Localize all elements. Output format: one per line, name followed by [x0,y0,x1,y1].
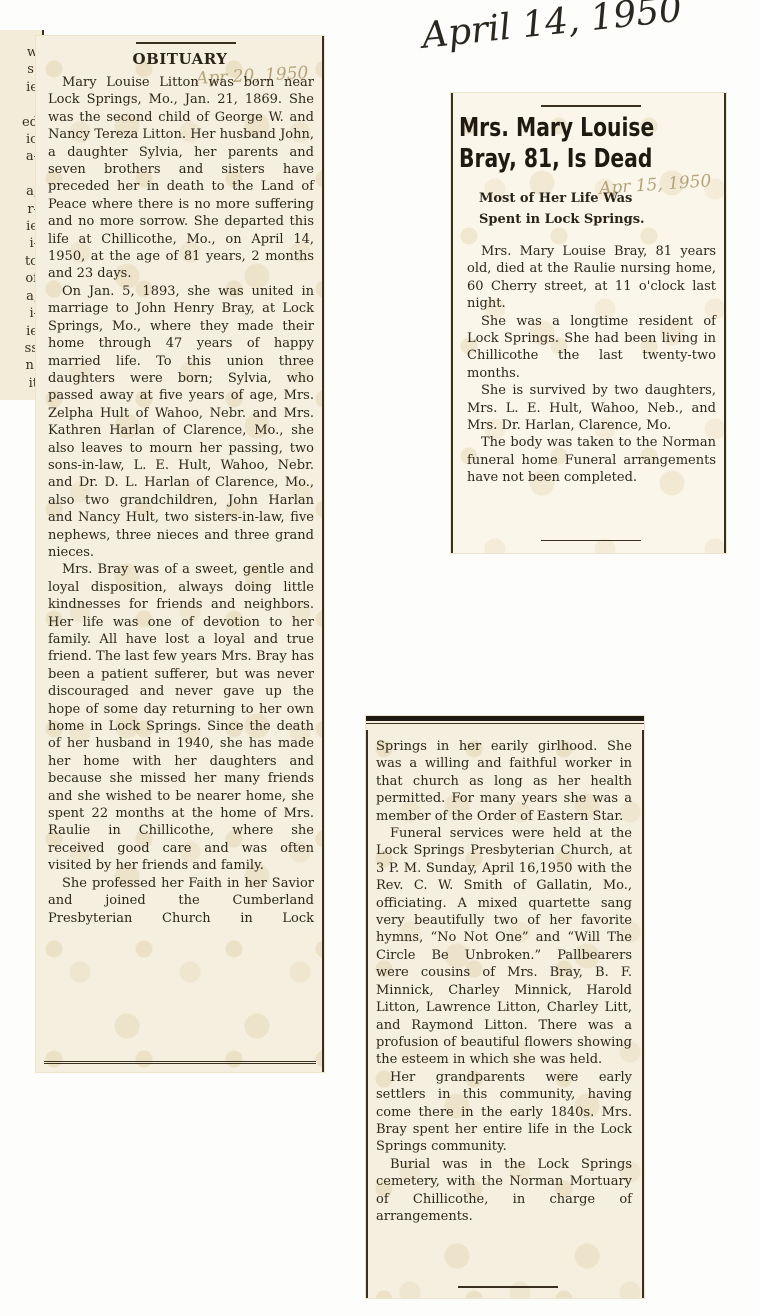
paragraph: Funeral services were held at the Lock S… [376,825,632,1069]
handwritten-date-main: April 14, 1950 [420,0,684,57]
paragraph: She professed her Faith in her Savior an… [48,875,314,927]
column-rule [322,36,324,1072]
column-rule [642,730,644,1298]
paragraph: On Jan. 5, 1893, she was united in marri… [48,283,314,562]
continued-body: Springs in her earily girlhood. She was … [376,738,632,1225]
paragraph: Her grandparents were early settlers in … [376,1069,632,1156]
obituary-body: Mary Louise Litton was born near Lock Sp… [48,74,314,927]
subhead-line: Spent in Lock Springs. [479,209,645,230]
top-rule [541,105,641,107]
paragraph: Mrs. Mary Louise Bray, 81 years old, die… [467,243,716,313]
headline-line: Bray, 81, Is Dead [459,144,661,175]
paragraph: Burial was in the Lock Springs cemetery,… [376,1156,632,1226]
top-rule-thin [366,723,644,724]
top-rule-heavy [366,716,644,721]
bottom-rule [458,1286,558,1288]
paragraph: Springs in her earily girlhood. She was … [376,738,632,825]
article-subheadline: Most of Her Life Was Spent in Lock Sprin… [479,188,645,230]
paragraph: Mrs. Bray was of a sweet, gentle and loy… [48,561,314,874]
column-rule [366,730,368,1298]
paragraph: She is survived by two daughters, Mrs. L… [467,382,716,434]
subhead-line: Most of Her Life Was [479,188,645,209]
article-body: Mrs. Mary Louise Bray, 81 years old, die… [467,243,716,487]
bottom-rule [44,1061,316,1064]
obituary-clipping: OBITUARY Apr 20, 1950 Mary Louise Litton… [36,36,324,1072]
column-rule [451,93,453,553]
article-headline: Mrs. Mary Louise Bray, 81, Is Dead [459,113,661,175]
paragraph: The body was taken to the Norman funeral… [467,434,716,486]
paragraph: Mary Louise Litton was born near Lock Sp… [48,74,314,283]
top-rule [136,42,236,44]
bottom-rule [541,540,641,541]
column-rule [724,93,726,553]
news-article-clipping: Mrs. Mary Louise Bray, 81, Is Dead Apr 1… [451,93,726,553]
paragraph: She was a longtime resident of Lock Spri… [467,313,716,383]
obituary-continued-clipping: Springs in her earily girlhood. She was … [366,716,644,1298]
headline-line: Mrs. Mary Louise [459,113,661,144]
